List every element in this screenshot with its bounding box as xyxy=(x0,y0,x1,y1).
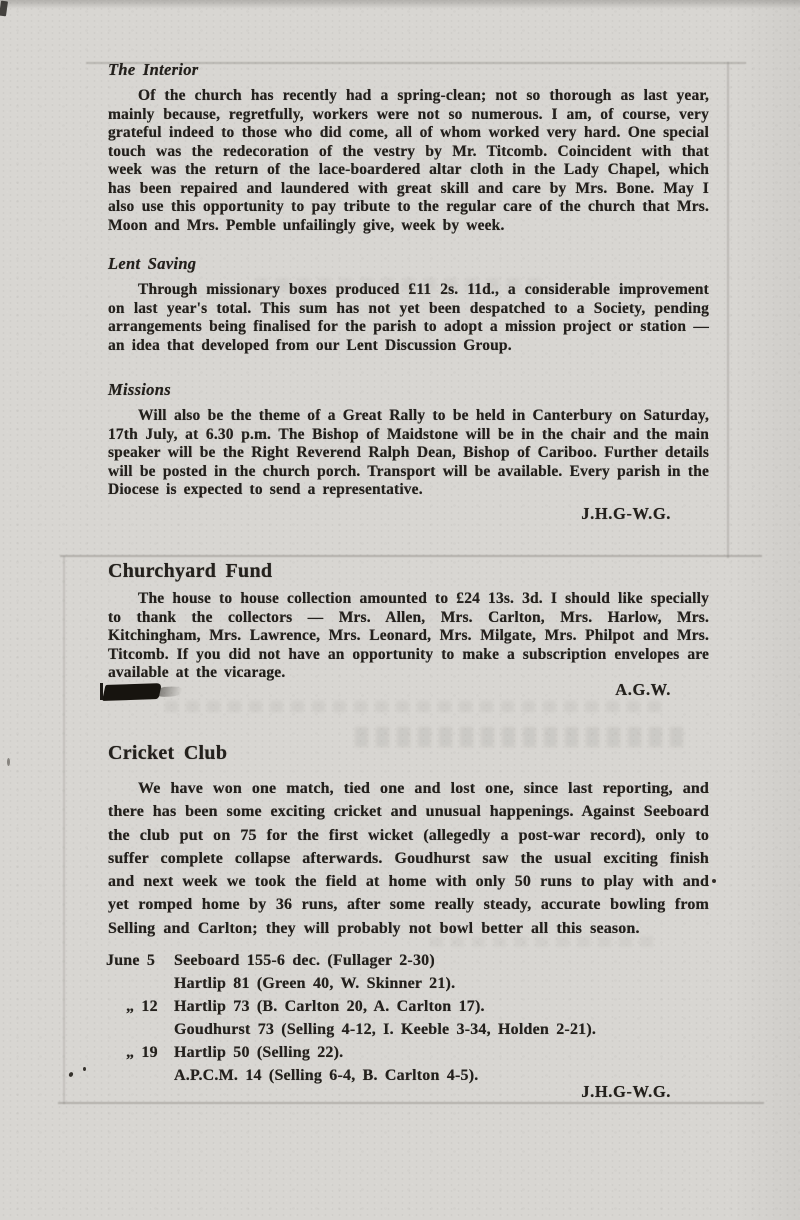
cricket-fixtures-list: June 5 Seeboard 155-6 dec. (Fullager 2-3… xyxy=(106,949,726,1087)
ink-speck xyxy=(68,1071,74,1077)
fixture-result-line: Goudhurst 73 (Selling 4-12, I. Keeble 3-… xyxy=(174,1018,726,1041)
fixture-result-line: Hartlip 81 (Green 40, W. Skinner 21). xyxy=(174,972,726,995)
signature-initials: A.G.W. xyxy=(108,680,709,700)
scan-corner-ink-mark xyxy=(0,1,8,17)
fixture-date: „ 12 xyxy=(106,995,155,1041)
scanned-parish-magazine-page: { "page": { "paper_color": "#d8d6d2", "i… xyxy=(0,0,800,1220)
ghost-print-artifact xyxy=(165,701,665,712)
fixture-result-line: Hartlip 73 (B. Carlton 20, A. Carlton 17… xyxy=(174,995,726,1018)
section-heading: Cricket Club xyxy=(108,742,709,765)
section-body: Through missionary boxes produced £11 2s… xyxy=(108,281,709,355)
signature-initials: J.H.G-W.G. xyxy=(108,504,709,524)
signature-initials: J.H.G-W.G. xyxy=(108,1082,709,1102)
page-top-edge-shadow xyxy=(0,0,800,9)
ghost-rule-left xyxy=(63,556,65,1104)
ink-smudge xyxy=(102,683,162,701)
section-heading: The Interior xyxy=(108,60,709,80)
fixture-date: „ 19 xyxy=(106,1041,155,1087)
fixture-results: Hartlip 50 (Selling 22). A.P.C.M. 14 (Se… xyxy=(174,1041,726,1087)
ink-speck xyxy=(83,1067,86,1071)
section-cricket-club: Cricket Club We have won one match, tied… xyxy=(108,742,709,940)
section-body: Of the church has recently had a spring-… xyxy=(108,87,709,235)
ghost-rule-middle xyxy=(60,555,762,557)
section-lent-saving: Lent Saving Through missionary boxes pro… xyxy=(108,254,709,355)
fixture-row: „ 19 Hartlip 50 (Selling 22). A.P.C.M. 1… xyxy=(106,1041,726,1087)
ghost-rule-right xyxy=(727,62,729,558)
fixture-row: „ 12 Hartlip 73 (B. Carlton 20, A. Carlt… xyxy=(106,995,726,1041)
ink-speck xyxy=(712,879,716,883)
section-heading: Missions xyxy=(108,380,709,400)
ink-speck xyxy=(7,758,10,766)
ink-smudge-tick xyxy=(100,683,103,700)
page-right-edge-shadow xyxy=(732,0,800,1220)
section-body: Will also be the theme of a Great Rally … xyxy=(108,407,709,500)
section-churchyard-fund: Churchyard Fund The house to house colle… xyxy=(108,560,709,683)
fixture-results: Seeboard 155-6 dec. (Fullager 2-30) Hart… xyxy=(174,949,726,995)
section-missions: Missions Will also be the theme of a Gre… xyxy=(108,380,709,500)
fixture-date: June 5 xyxy=(106,949,155,995)
fixture-results: Hartlip 73 (B. Carlton 20, A. Carlton 17… xyxy=(174,995,726,1041)
section-heading: Churchyard Fund xyxy=(108,560,709,583)
section-heading: Lent Saving xyxy=(108,254,709,274)
section-body: We have won one match, tied one and lost… xyxy=(108,777,709,940)
section-the-interior: The Interior Of the church has recently … xyxy=(108,60,709,235)
fixture-row: June 5 Seeboard 155-6 dec. (Fullager 2-3… xyxy=(106,949,726,995)
ghost-rule-bottom xyxy=(58,1102,764,1104)
fixture-result-line: Seeboard 155-6 dec. (Fullager 2-30) xyxy=(174,949,726,972)
section-body: The house to house collection amounted t… xyxy=(108,590,709,683)
fixture-result-line: Hartlip 50 (Selling 22). xyxy=(174,1041,726,1064)
